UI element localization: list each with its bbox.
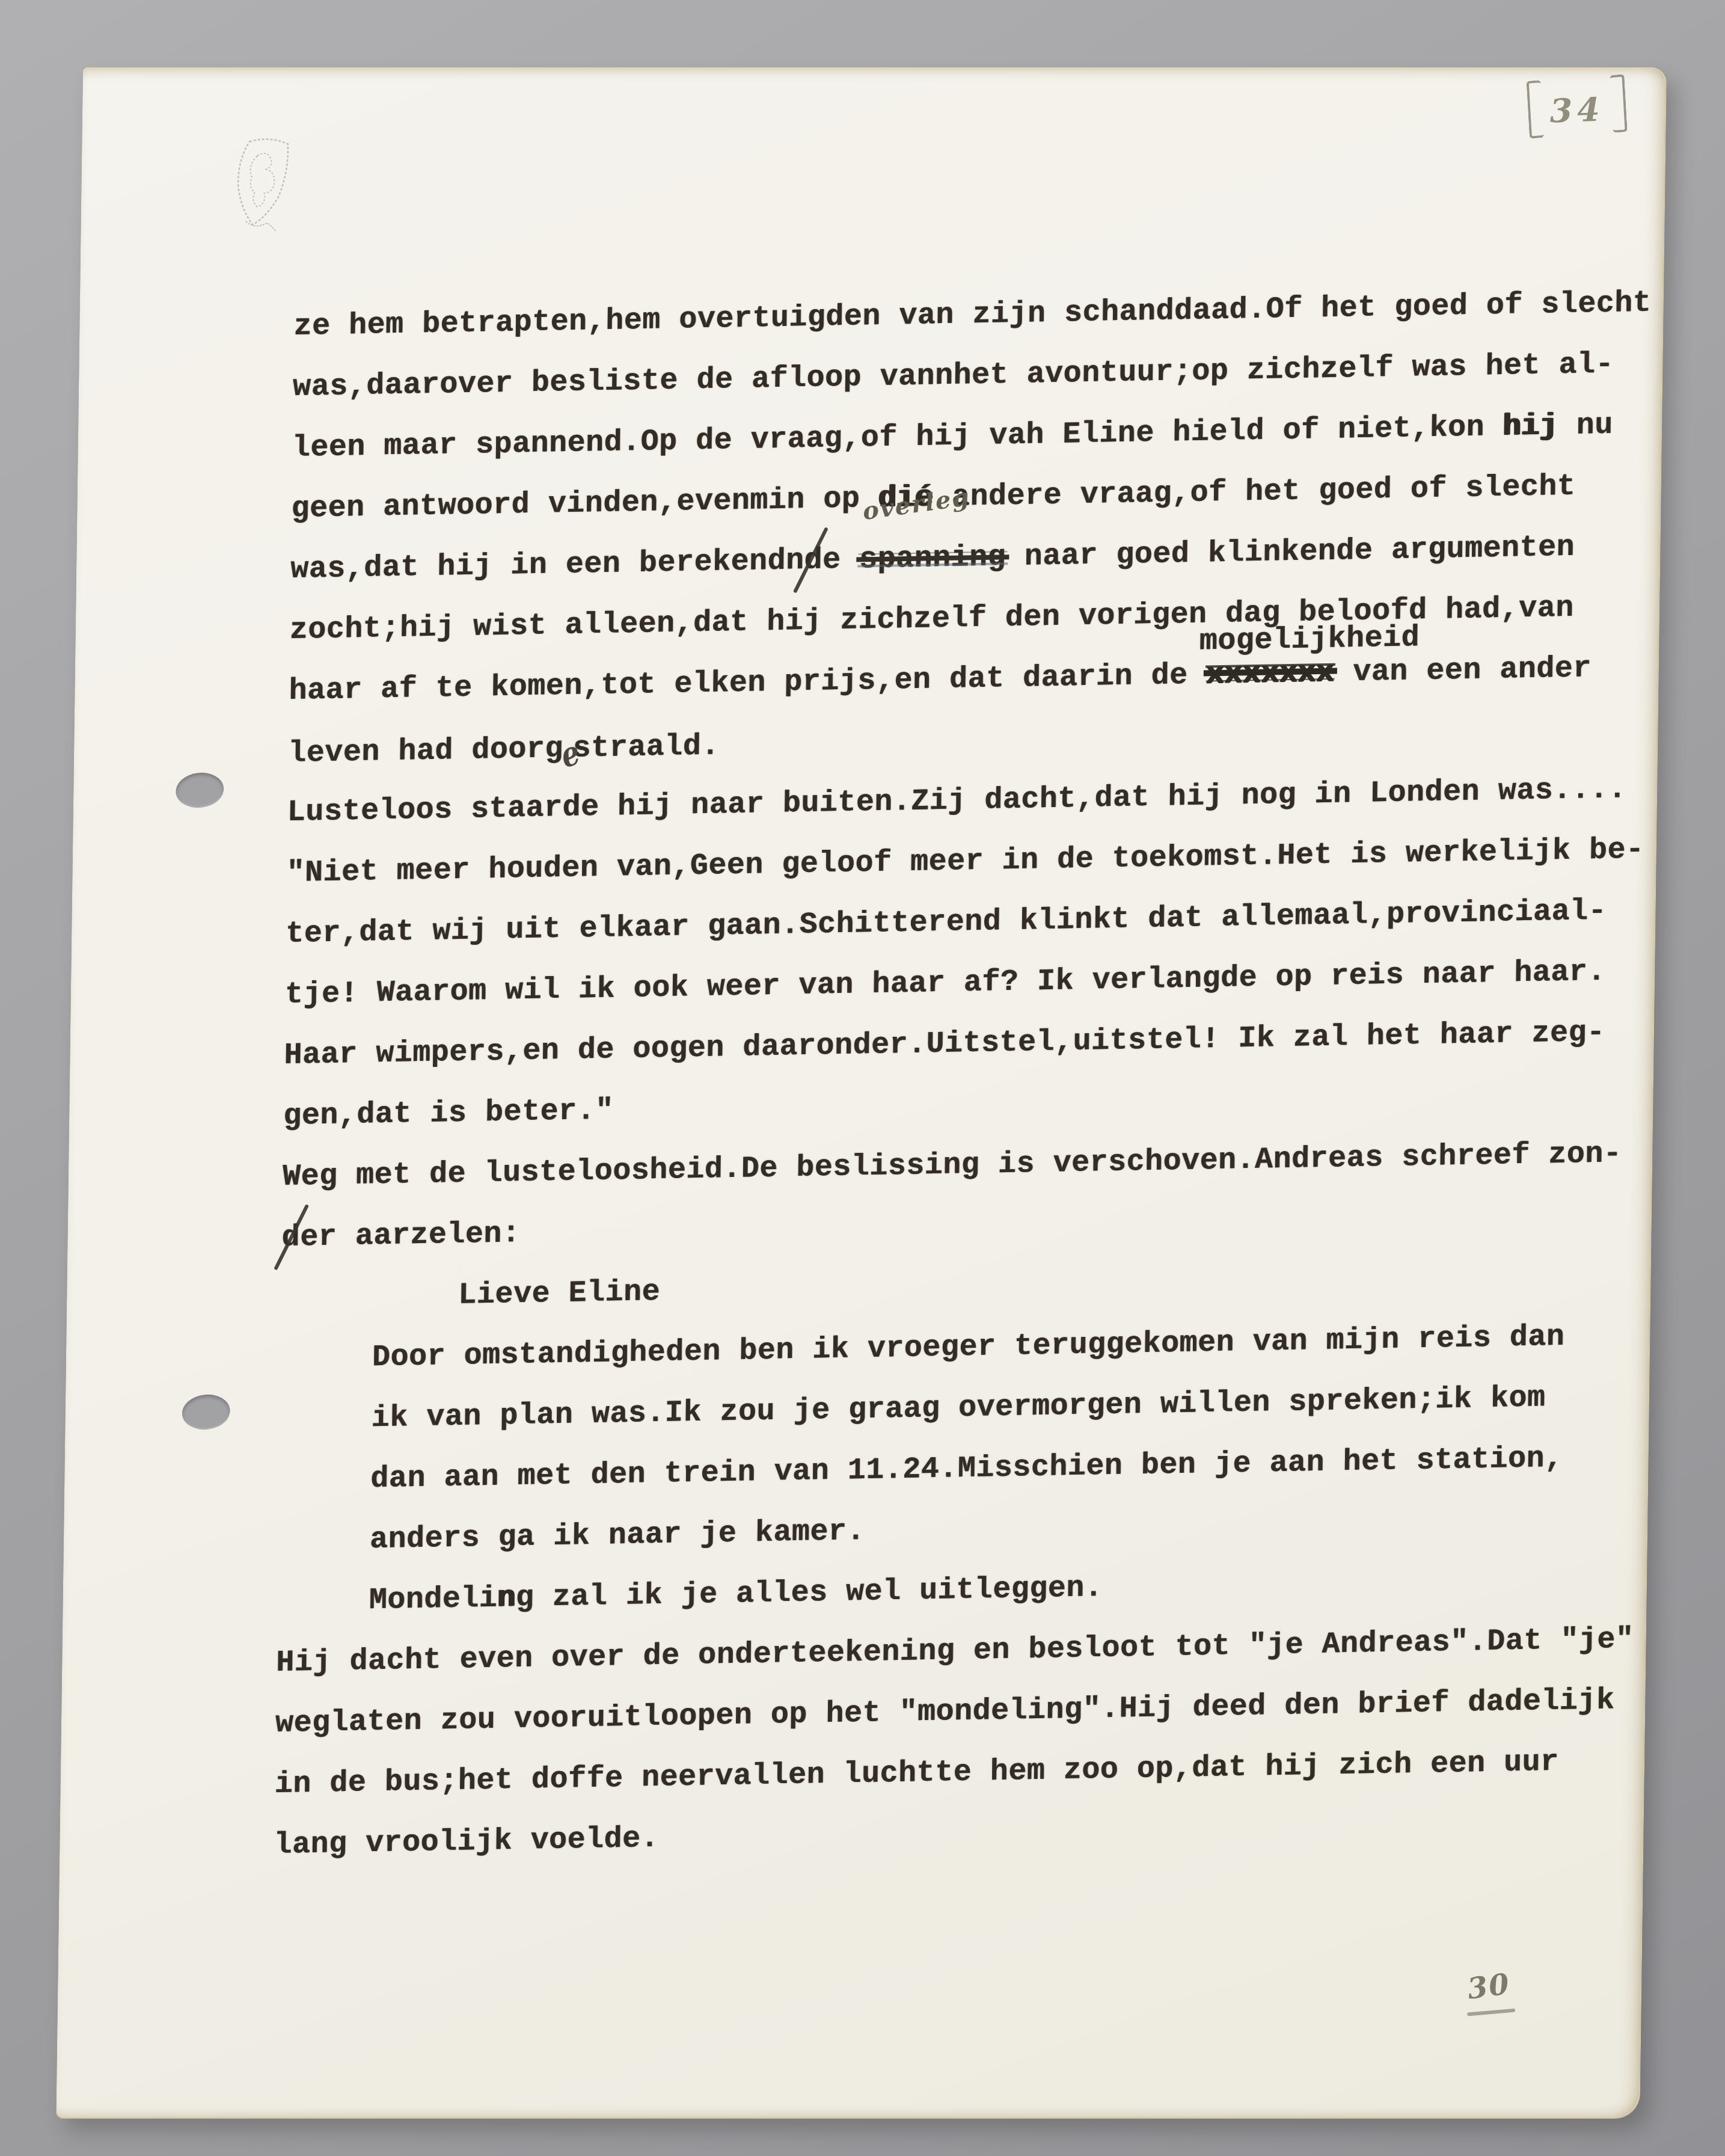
typed-text: g zal ik je alles wel uitleggen. [515, 1571, 1103, 1615]
typed-text-strike: spanning [859, 527, 1006, 590]
tally-number: 30 [1466, 1969, 1513, 2004]
typed-text: dan aan met den trein van 11.24.Misschie… [370, 1442, 1563, 1497]
typed-text: Haar wimpers,en de oogen daaronder.Uitst… [284, 1016, 1605, 1073]
typed-text: in de bus;het doffe neervallen luchtte h… [274, 1745, 1559, 1802]
typed-text: was,dat hij in een berekend [290, 544, 786, 587]
manuscript-page: 34 ze hem betrapten,hem overtuigden van … [56, 67, 1667, 2119]
typed-text: geen antwoord vinden,evenmin op [291, 482, 878, 526]
typed-text: andere vraag,of het goed of slecht [933, 470, 1576, 515]
tally-underline [1467, 2009, 1515, 2016]
page-number-annotation: 34 [1527, 74, 1628, 138]
typed-text: Mondeli [369, 1582, 497, 1618]
typed-text: Lusteloos staarde hij naar buiten.Zij da… [287, 772, 1626, 830]
typed-text: Hij dacht even over de onderteekening en… [276, 1623, 1634, 1680]
typed-text-over: hij [1503, 409, 1558, 444]
right-bracket-mark [1610, 74, 1627, 132]
typed-text-slash: nde [785, 530, 841, 592]
typed-text: ze hem betrapten,hem overtuigden van zij… [293, 286, 1652, 344]
page-number-value: 34 [1549, 90, 1605, 130]
typed-text-slash: d [281, 1207, 301, 1268]
typed-text: ter,dat wij uit elkaar gaan.Schitterend … [286, 894, 1607, 951]
pencil-tally-annotation: 30 [1466, 1969, 1515, 2017]
typed-text: tje! Waarom wil ik ook weer van haar af?… [284, 955, 1606, 1012]
typed-text: leven had doorg [288, 732, 563, 771]
typed-text: straald. [572, 729, 720, 766]
typed-text: haar af te komen,tot elken prijs,en dat … [289, 658, 1206, 708]
typed-text: Weg met de lusteloosheid.De beslissing i… [282, 1137, 1622, 1194]
typed-text: Lieve Eline [458, 1275, 660, 1313]
typed-text: leen maar spannend.Op de vraag,of hij va… [292, 410, 1503, 465]
typed-text: ik van plan was.Ik zou je graag overmorg… [371, 1381, 1546, 1436]
typed-text-block: ze hem betrapten,hem overtuigden van zij… [274, 272, 1667, 1876]
typed-text: weglaten zou vooruitloopen op het "monde… [275, 1683, 1615, 1741]
scanned-manuscript: { "page": { "background_top": "#b0b0b2",… [0, 0, 1725, 2156]
typed-text: nu [1558, 408, 1613, 444]
punch-hole-bottom [180, 1392, 231, 1432]
typed-text: was,daarover besliste de afloop vannhet … [293, 348, 1614, 405]
typed-text: anders ga ik naar je kamer. [370, 1514, 866, 1557]
typed-text: gen,dat is beter." [283, 1093, 614, 1134]
typed-text: "Niet meer houden van,Geen geloof meer i… [286, 833, 1644, 891]
shield-stamp-doodle [221, 129, 306, 239]
typed-correction: mogelijkheid [1199, 607, 1420, 672]
typed-text: er aarzelen: [300, 1217, 521, 1255]
corrected-word: spanningoverleg [859, 527, 1006, 590]
left-bracket-mark [1527, 80, 1544, 138]
typed-text: lang vroolijk voelde. [274, 1822, 660, 1863]
typed-text-over: n [497, 1581, 516, 1616]
punch-hole-top [174, 770, 225, 810]
typed-text: Door omstandigheden ben ik vroeger terug… [372, 1320, 1565, 1375]
typed-text: naar goed klinkende argumenten [1006, 530, 1575, 575]
corrected-word: xxxxxxxmogelijkheid [1206, 643, 1335, 706]
